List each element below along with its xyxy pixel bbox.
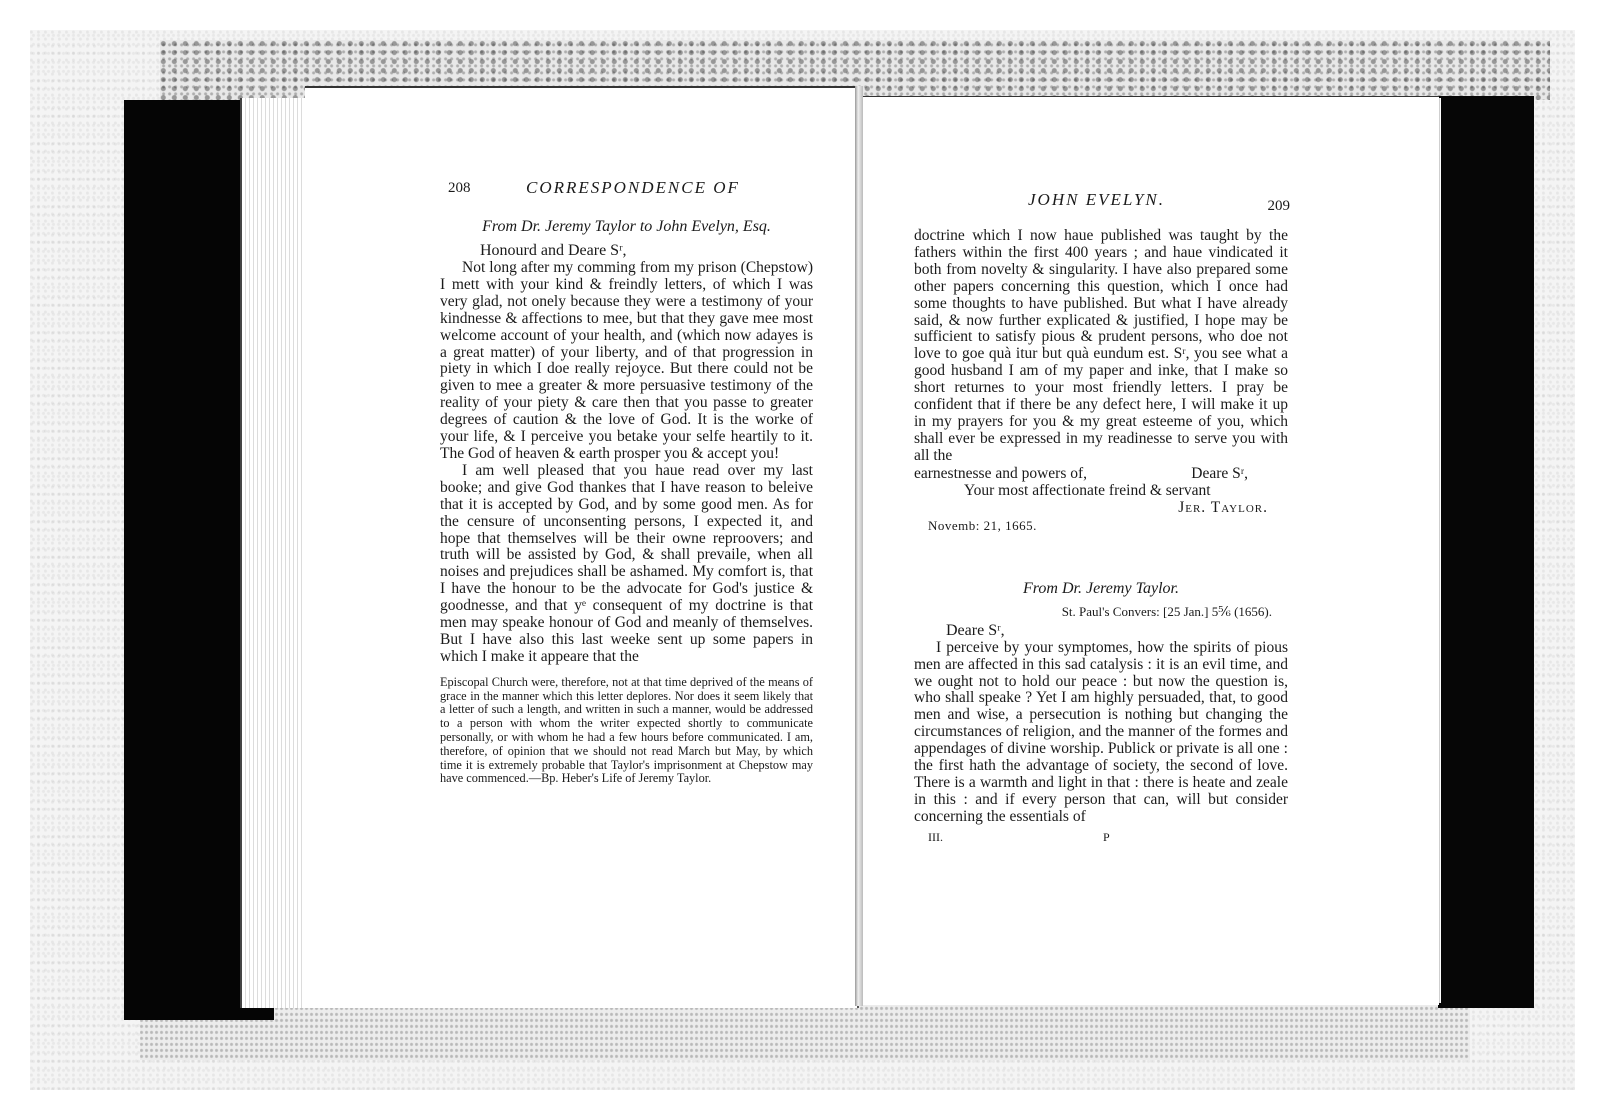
paragraph: Not long after my comming from my prison… <box>440 260 813 463</box>
letter-closing: earnestnesse and powers of, Deare Sʳ, Yo… <box>914 465 1288 516</box>
closing-address: Deare Sʳ, <box>1191 465 1248 482</box>
footnote: Episcopal Church were, therefore, not at… <box>440 676 813 786</box>
page-stack-left <box>240 98 312 1008</box>
right-page-text: JOHN EVELYN. 209 doctrine which I now ha… <box>914 190 1288 845</box>
closing-line: earnestnesse and powers of, <box>914 465 1087 482</box>
running-head-title: JOHN EVELYN. <box>1028 190 1165 210</box>
place-date: St. Paul's Convers: [25 Jan.] 5⅚ (1656). <box>914 604 1272 620</box>
page-number: 209 <box>1268 198 1291 215</box>
salutation: Deare Sʳ, <box>946 622 1288 640</box>
valediction: Your most affectionate freind & servant <box>914 482 1288 499</box>
book-bottom-edge <box>140 1000 1470 1060</box>
letter-heading: From Dr. Jeremy Taylor to John Evelyn, E… <box>440 218 813 236</box>
running-head: 208 CORRESPONDENCE OF <box>440 178 813 202</box>
salutation: Honourd and Deare Sʳ, <box>480 242 813 260</box>
volume-number: III. <box>928 830 943 845</box>
running-head: JOHN EVELYN. 209 <box>914 190 1288 214</box>
letter-date: Novemb: 21, 1665. <box>928 518 1288 534</box>
running-head-title: CORRESPONDENCE OF <box>526 178 740 198</box>
signature: Jer. Taylor. <box>914 499 1288 516</box>
letter-heading: From Dr. Jeremy Taylor. <box>914 580 1288 598</box>
paragraph: I am well pleased that you haue read ove… <box>440 463 813 666</box>
left-page-text: 208 CORRESPONDENCE OF From Dr. Jeremy Ta… <box>440 178 813 786</box>
page-number: 208 <box>448 180 471 197</box>
paragraph: I perceive by your symptomes, how the sp… <box>914 640 1288 826</box>
book-cover-right <box>1438 96 1534 1008</box>
book-gutter <box>855 86 863 1006</box>
sheet-signature: P <box>1103 830 1110 845</box>
signature-mark: III. P <box>914 830 1288 845</box>
paragraph-continuation: doctrine which I now haue published was … <box>914 228 1288 465</box>
